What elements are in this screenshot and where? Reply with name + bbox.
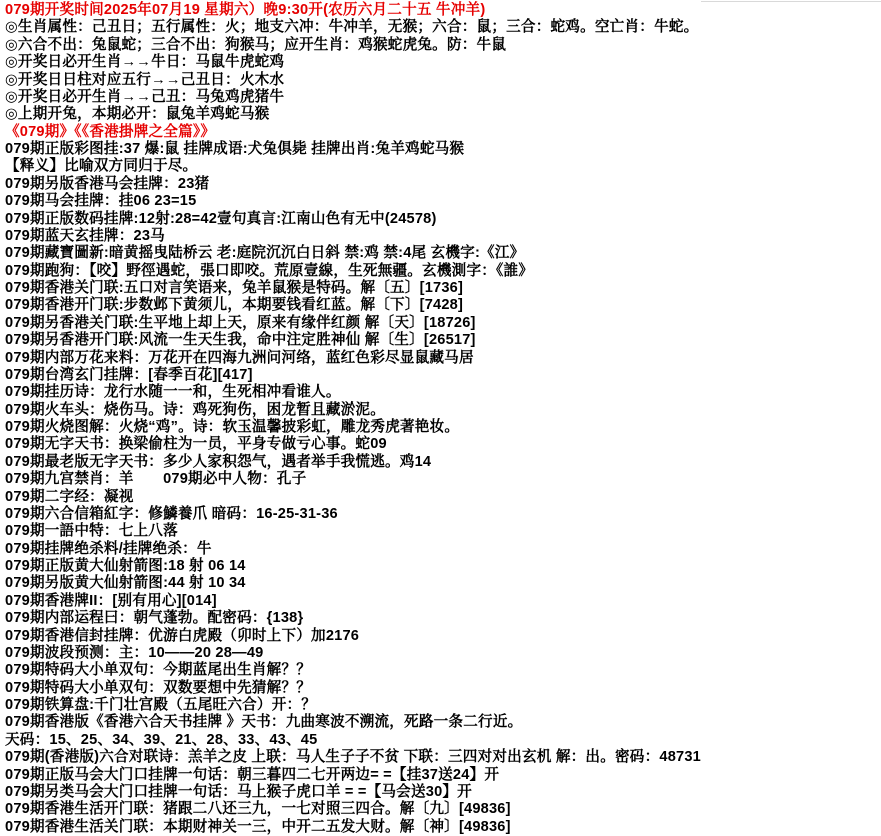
info-line: ◎上期开兔，本期必开：鼠兔羊鸡蛇马猴 [5,106,881,123]
info-line: 079期特码大小单双句：双数要想中先猜解？？ [5,680,881,697]
info-line: ◎六合不出：兔鼠蛇；三合不出：狗猴马；应开生肖：鸡猴蛇虎兔。防：牛鼠 [5,37,881,54]
info-line: 079期蓝天玄挂牌：23马 [5,228,881,245]
info-line: 079期台湾玄门挂牌：[春季百花][417] [5,367,881,384]
info-line: 079期火烧图解：火烧“鸡”。诗：软玉温馨披彩虹，雕龙秀虎著艳妆。 [5,419,881,436]
info-line: 079期香港关门联:五口对言笑语来，兔羊鼠猴是特码。解〔五〕[1736] [5,280,881,297]
lottery-info-page: 079期开奖时间2025年07月19 星期六）晚9:30开(农历六月二十五 牛冲… [0,0,881,836]
info-line: 079期正版彩图挂:37 爆:鼠 挂牌成语:犬兔俱毙 挂牌出肖:兔羊鸡蛇马猴 [5,141,881,158]
info-line: 079期马会挂牌：挂06 23=15 [5,193,881,210]
info-line: 079期开奖时间2025年07月19 星期六）晚9:30开(农历六月二十五 牛冲… [5,2,881,19]
info-line: 079期波段预测：主：10——20 28—49 [5,645,881,662]
info-list: 079期开奖时间2025年07月19 星期六）晚9:30开(农历六月二十五 牛冲… [5,2,881,836]
info-line: ◎生肖属性：己丑日；五行属性：火；地支六冲：牛冲羊，无猴；六合：鼠；三合：蛇鸡。… [5,19,881,36]
info-line: 079期正版马会大门口挂牌一句话：朝三暮四二七开两边= =【挂37送24】开 [5,767,881,784]
info-line: 【释义】比喻双方同归于尽。 [5,158,881,175]
info-line: 079期香港信封挂牌：优游白虎殿（卯时上下）加2176 [5,628,881,645]
info-line: 079期香港生活开门联：猪跟二八还三九，一七对照三四合。解〔九〕[49836] [5,801,881,818]
info-line: 《079期》《《香港掛牌之全篇》》 [5,124,881,141]
info-line: 079期挂历诗：龙行水随一一和，生死相冲看谁人。 [5,384,881,401]
info-line: 079期六合信箱紅字：修鱗養爪 暗码：16-25-31-36 [5,506,881,523]
info-line: 079期正版数码挂牌:12射:28=42壹句真言:江南山色有无中(24578) [5,211,881,228]
info-line: 079期香港生活关门联：本期财神关一三，中开二五发大财。解〔神〕[49836] [5,819,881,836]
info-line: 079期无字天书：换梁偷柱为一员，平身专做亏心事。蛇09 [5,436,881,453]
info-line: 079期九宫禁肖：羊 079期必中人物：孔子 [5,471,881,488]
info-line: 079期挂牌绝杀料/挂牌绝杀：牛 [5,541,881,558]
info-line: ◎开奖日必开生肖→→己丑：马兔鸡虎猪牛 [5,89,881,106]
info-line: 天码：15、25、34、39、21、28、33、43、45 [5,732,881,749]
info-line: 079期二字经：凝视 [5,489,881,506]
info-line: 079期一語中特：七上八落 [5,523,881,540]
info-line: ◎开奖日日柱对应五行→→己丑日：火木水 [5,72,881,89]
info-line: 079期藏寶圖新:暗黄摇曳陆桥云 老:庭院沉沉白日斜 禁:鸡 禁:4尾 玄機字:… [5,245,881,262]
info-line: 079期另香港开门联:风流一生天生我，命中注定胜神仙 解〔生〕[26517] [5,332,881,349]
info-line: 079期(香港版)六合对联诗：羔羊之皮 上联：马人生子子不贫 下联：三四对对出玄… [5,749,881,766]
info-line: ◎开奖日必开生肖→→牛日：马鼠牛虎蛇鸡 [5,54,881,71]
info-line: 079期内部万花来料：万花开在四海九洲问河络，蓝红色彩尽显鼠藏马居 [5,350,881,367]
info-line: 079期火车头：烧伤马。诗：鸡死狗伤，困龙暂且藏淤泥。 [5,402,881,419]
info-line: 079期另类马会大门口挂牌一句话：马上猴子虎口羊 = =【马会送30】开 [5,784,881,801]
info-line: 079期香港牌II：[别有用心][014] [5,593,881,610]
info-line: 079期另版香港马会挂牌：23猪 [5,176,881,193]
info-line: 079期香港开门联:步数邺下黄须儿，本期要钱看红蓝。解〔下〕[7428] [5,297,881,314]
info-line: 079期特码大小单双句：今期蓝尾出生肖解？？ [5,662,881,679]
info-line: 079期另香港关门联:生平地上却上天，原来有缘伴红颜 解〔天〕[18726] [5,315,881,332]
info-line: 079期内部运程曰：朝气蓬勃。配密码：{138} [5,610,881,627]
info-line: 079期香港版《香港六合天书挂牌 》天书：九曲寒波不溯流，死路一条二行近。 [5,714,881,731]
info-line: 079期正版黄大仙射箭图:18 射 06 14 [5,558,881,575]
info-line: 079期跑狗：【咬】野徑遇蛇，張口即咬。荒原壹線，生死無疆。玄機測字：《誰》 [5,263,881,280]
info-line: 079期最老版无字天书：多少人家积怨气，遇者举手我慌逃。鸡14 [5,454,881,471]
info-line: 079期铁算盘:千门壮宫殿（五尾旺六合）开：？ [5,697,881,714]
info-line: 079期另版黄大仙射箭图:44 射 10 34 [5,575,881,592]
